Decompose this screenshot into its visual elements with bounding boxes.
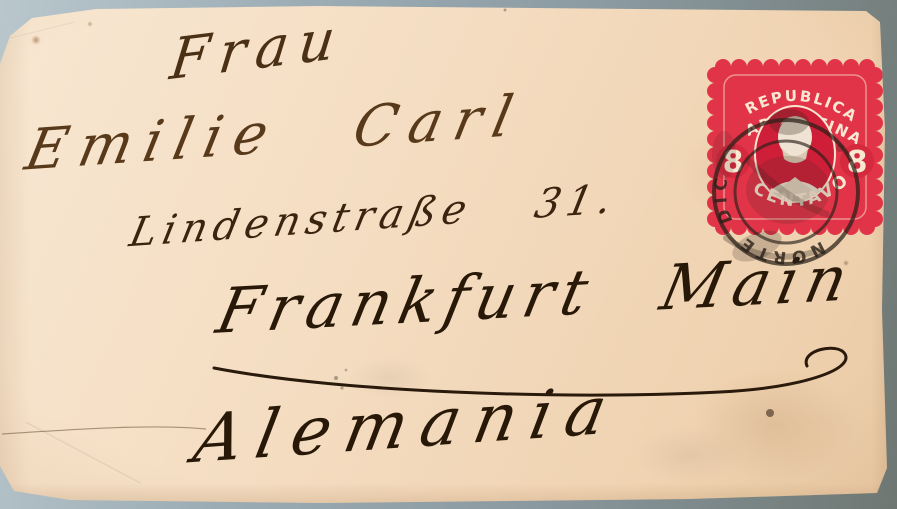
envelope: Frau Emilie Carl Lindenstraße 31. Frankf… xyxy=(0,0,897,509)
underline-flourish xyxy=(214,348,846,395)
postmark: DIC NORTE xyxy=(711,109,858,268)
photo-background: Frau Emilie Carl Lindenstraße 31. Frankf… xyxy=(0,0,897,509)
postmark-month-text: DIC xyxy=(711,172,738,226)
pen-hairline xyxy=(2,427,206,434)
ink-overlay: DIC NORTE xyxy=(0,0,897,509)
